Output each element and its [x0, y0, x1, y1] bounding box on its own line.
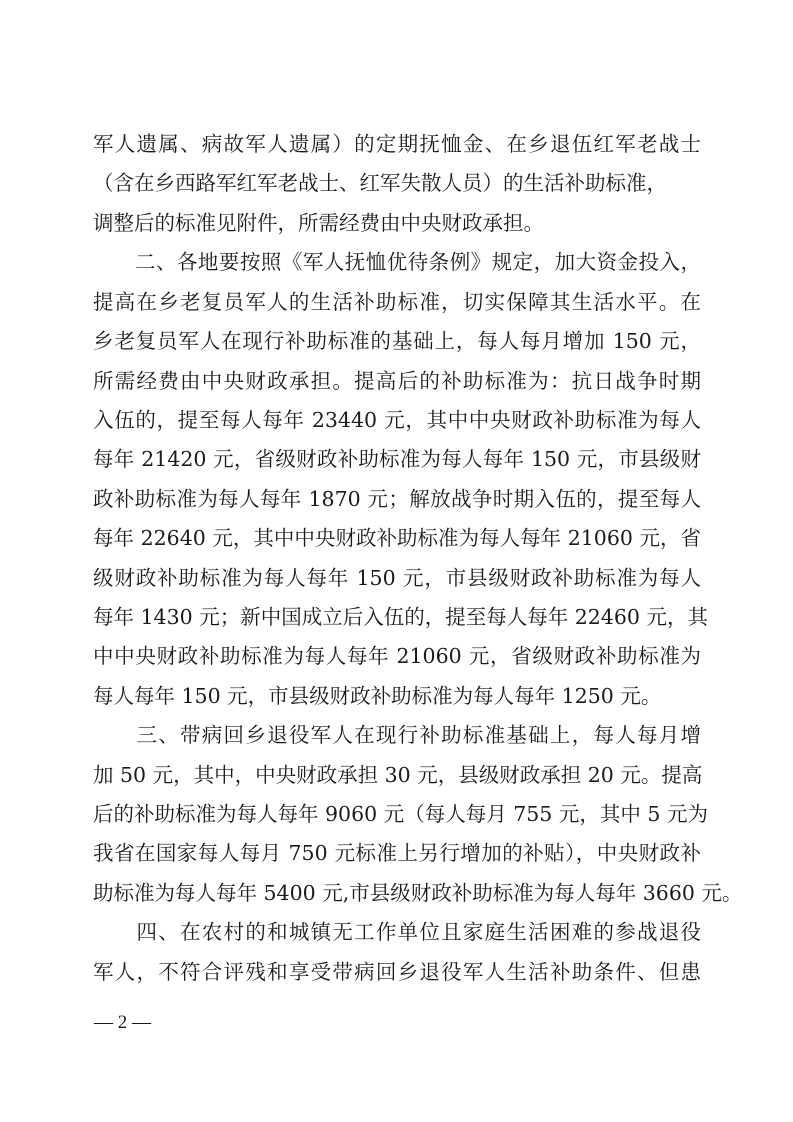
text-line: 入伍的，提至每人每年 23440 元，其中中央财政补助标准为每人 — [93, 405, 701, 435]
document-page: 军人遗属、病故军人遗属）的定期抚恤金、在乡退伍红军老战士 （含在乡西路军红军老战… — [0, 0, 793, 1122]
text-line: 每人每年 150 元，市县级财政补助标准为每人每年 1250 元。 — [93, 681, 701, 711]
text-line: 军人遗属、病故军人遗属）的定期抚恤金、在乡退伍红军老战士 — [93, 129, 701, 159]
text-line: 调整后的标准见附件，所需经费由中央财政承担。 — [93, 208, 701, 238]
text-line: 政补助标准为每人每年 1870 元；解放战争时期入伍的，提至每人 — [93, 484, 701, 514]
text-line: 乡老复员军人在现行补助标准的基础上，每人每月增加 150 元， — [93, 326, 701, 356]
text-line: 加 50 元，其中，中央财政承担 30 元，县级财政承担 20 元。提高 — [93, 760, 701, 790]
paragraph-4-start: 四、在农村的和城镇无工作单位且家庭生活困难的参战退役 — [93, 917, 701, 947]
text-line: 提高在乡老复员军人的生活补助标准，切实保障其生活水平。在 — [93, 287, 701, 317]
text-line: 军人，不符合评残和享受带病回乡退役军人生活补助条件、但患 — [93, 957, 701, 987]
text-line: 级财政补助标准为每人每年 150 元，市县级财政补助标准为每人 — [93, 563, 701, 593]
text-line: 助标准为每人每年 5400 元,市县级财政补助标准为每人每年 3660 元。 — [93, 878, 701, 908]
text-line: 每年 1430 元；新中国成立后入伍的，提至每人每年 22460 元，其 — [93, 602, 701, 632]
text-line: 我省在国家每人每月 750 元标准上另行增加的补贴），中央财政补 — [93, 838, 701, 868]
text-line: 所需经费由中央财政承担。提高后的补助标准为：抗日战争时期 — [93, 366, 701, 396]
text-line: 中中央财政补助标准为每人每年 21060 元，省级财政补助标准为 — [93, 641, 701, 671]
page-number: — 2 — — [94, 1012, 151, 1034]
paragraph-3-start: 三、带病回乡退役军人在现行补助标准基础上，每人每月增 — [93, 720, 701, 750]
text-line: 每年 21420 元，省级财政补助标准为每人每年 150 元，市县级财 — [93, 444, 701, 474]
text-line: （含在乡西路军红军老战士、红军失散人员）的生活补助标准， — [93, 168, 701, 198]
text-line: 每年 22640 元，其中中央财政补助标准为每人每年 21060 元，省 — [93, 523, 701, 553]
paragraph-2-start: 二、各地要按照《军人抚恤优待条例》规定，加大资金投入， — [93, 247, 701, 277]
text-line: 后的补助标准为每人每年 9060 元（每人每月 755 元，其中 5 元为 — [93, 799, 701, 829]
